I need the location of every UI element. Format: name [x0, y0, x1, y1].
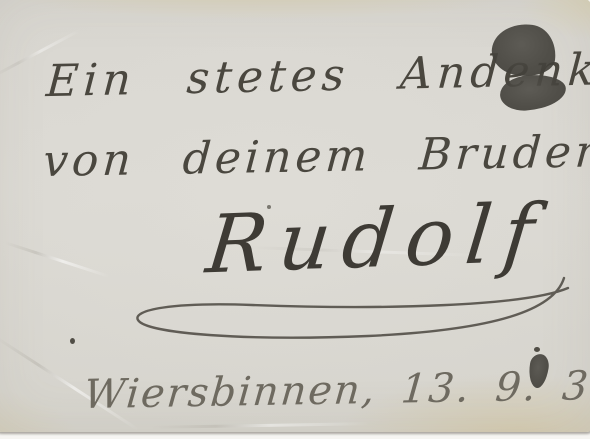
place-and-date-line: Wiersbinnen, 13. 9. 36. — [82, 362, 590, 418]
handwritten-line-dedication-2: von deinem Bruder — [41, 126, 590, 187]
ink-speck — [534, 347, 540, 352]
ink-speck — [267, 205, 271, 209]
scanned-handwritten-note: Ein stetes Andenken von deinem Bruder Ru… — [0, 0, 590, 439]
signature-rudolf: Rudolf — [202, 186, 550, 291]
ink-speck — [70, 338, 75, 344]
